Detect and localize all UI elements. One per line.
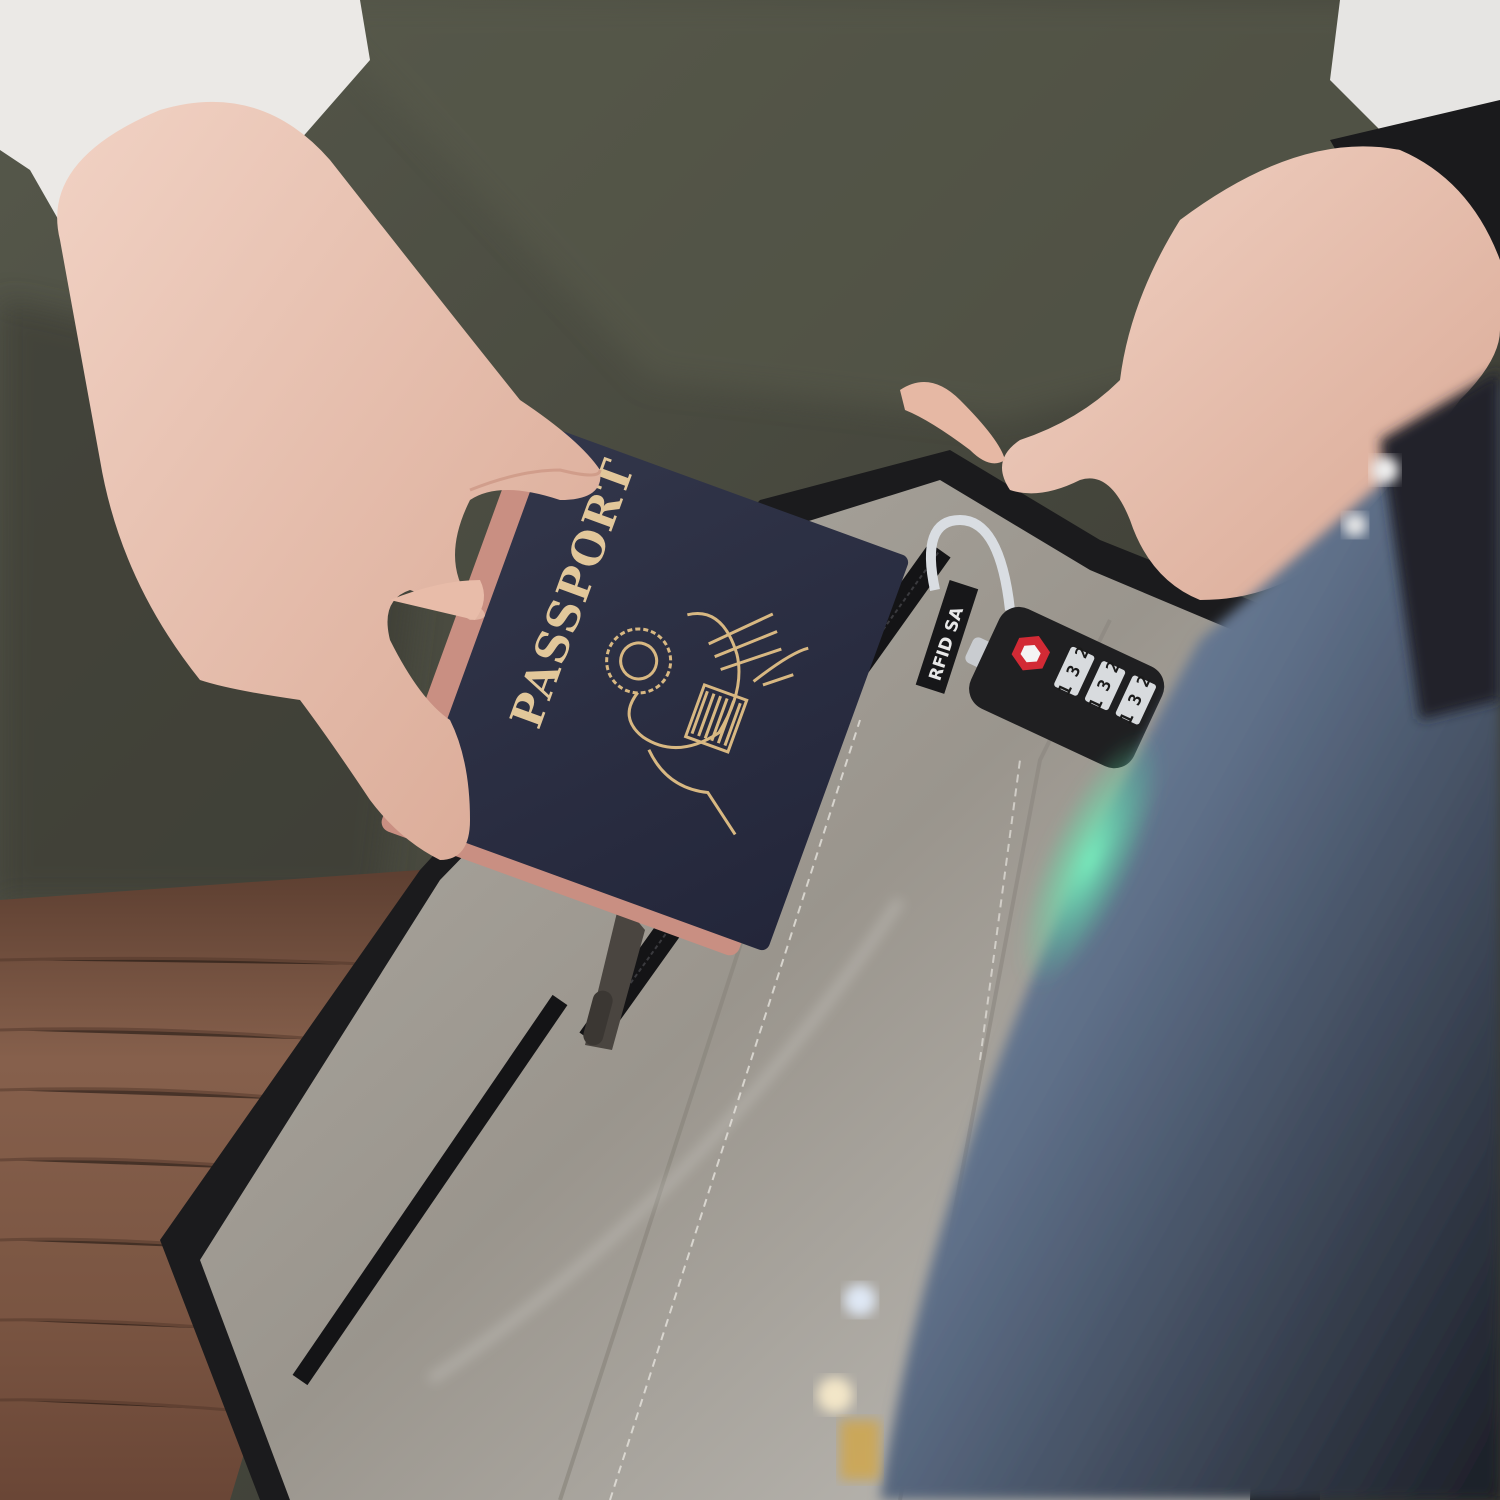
photo-scene: RFID SA 1 3 2 1 3 2 1 3 xyxy=(0,0,1500,1500)
scene-illustration: RFID SA 1 3 2 1 3 2 1 3 xyxy=(0,0,1500,1500)
